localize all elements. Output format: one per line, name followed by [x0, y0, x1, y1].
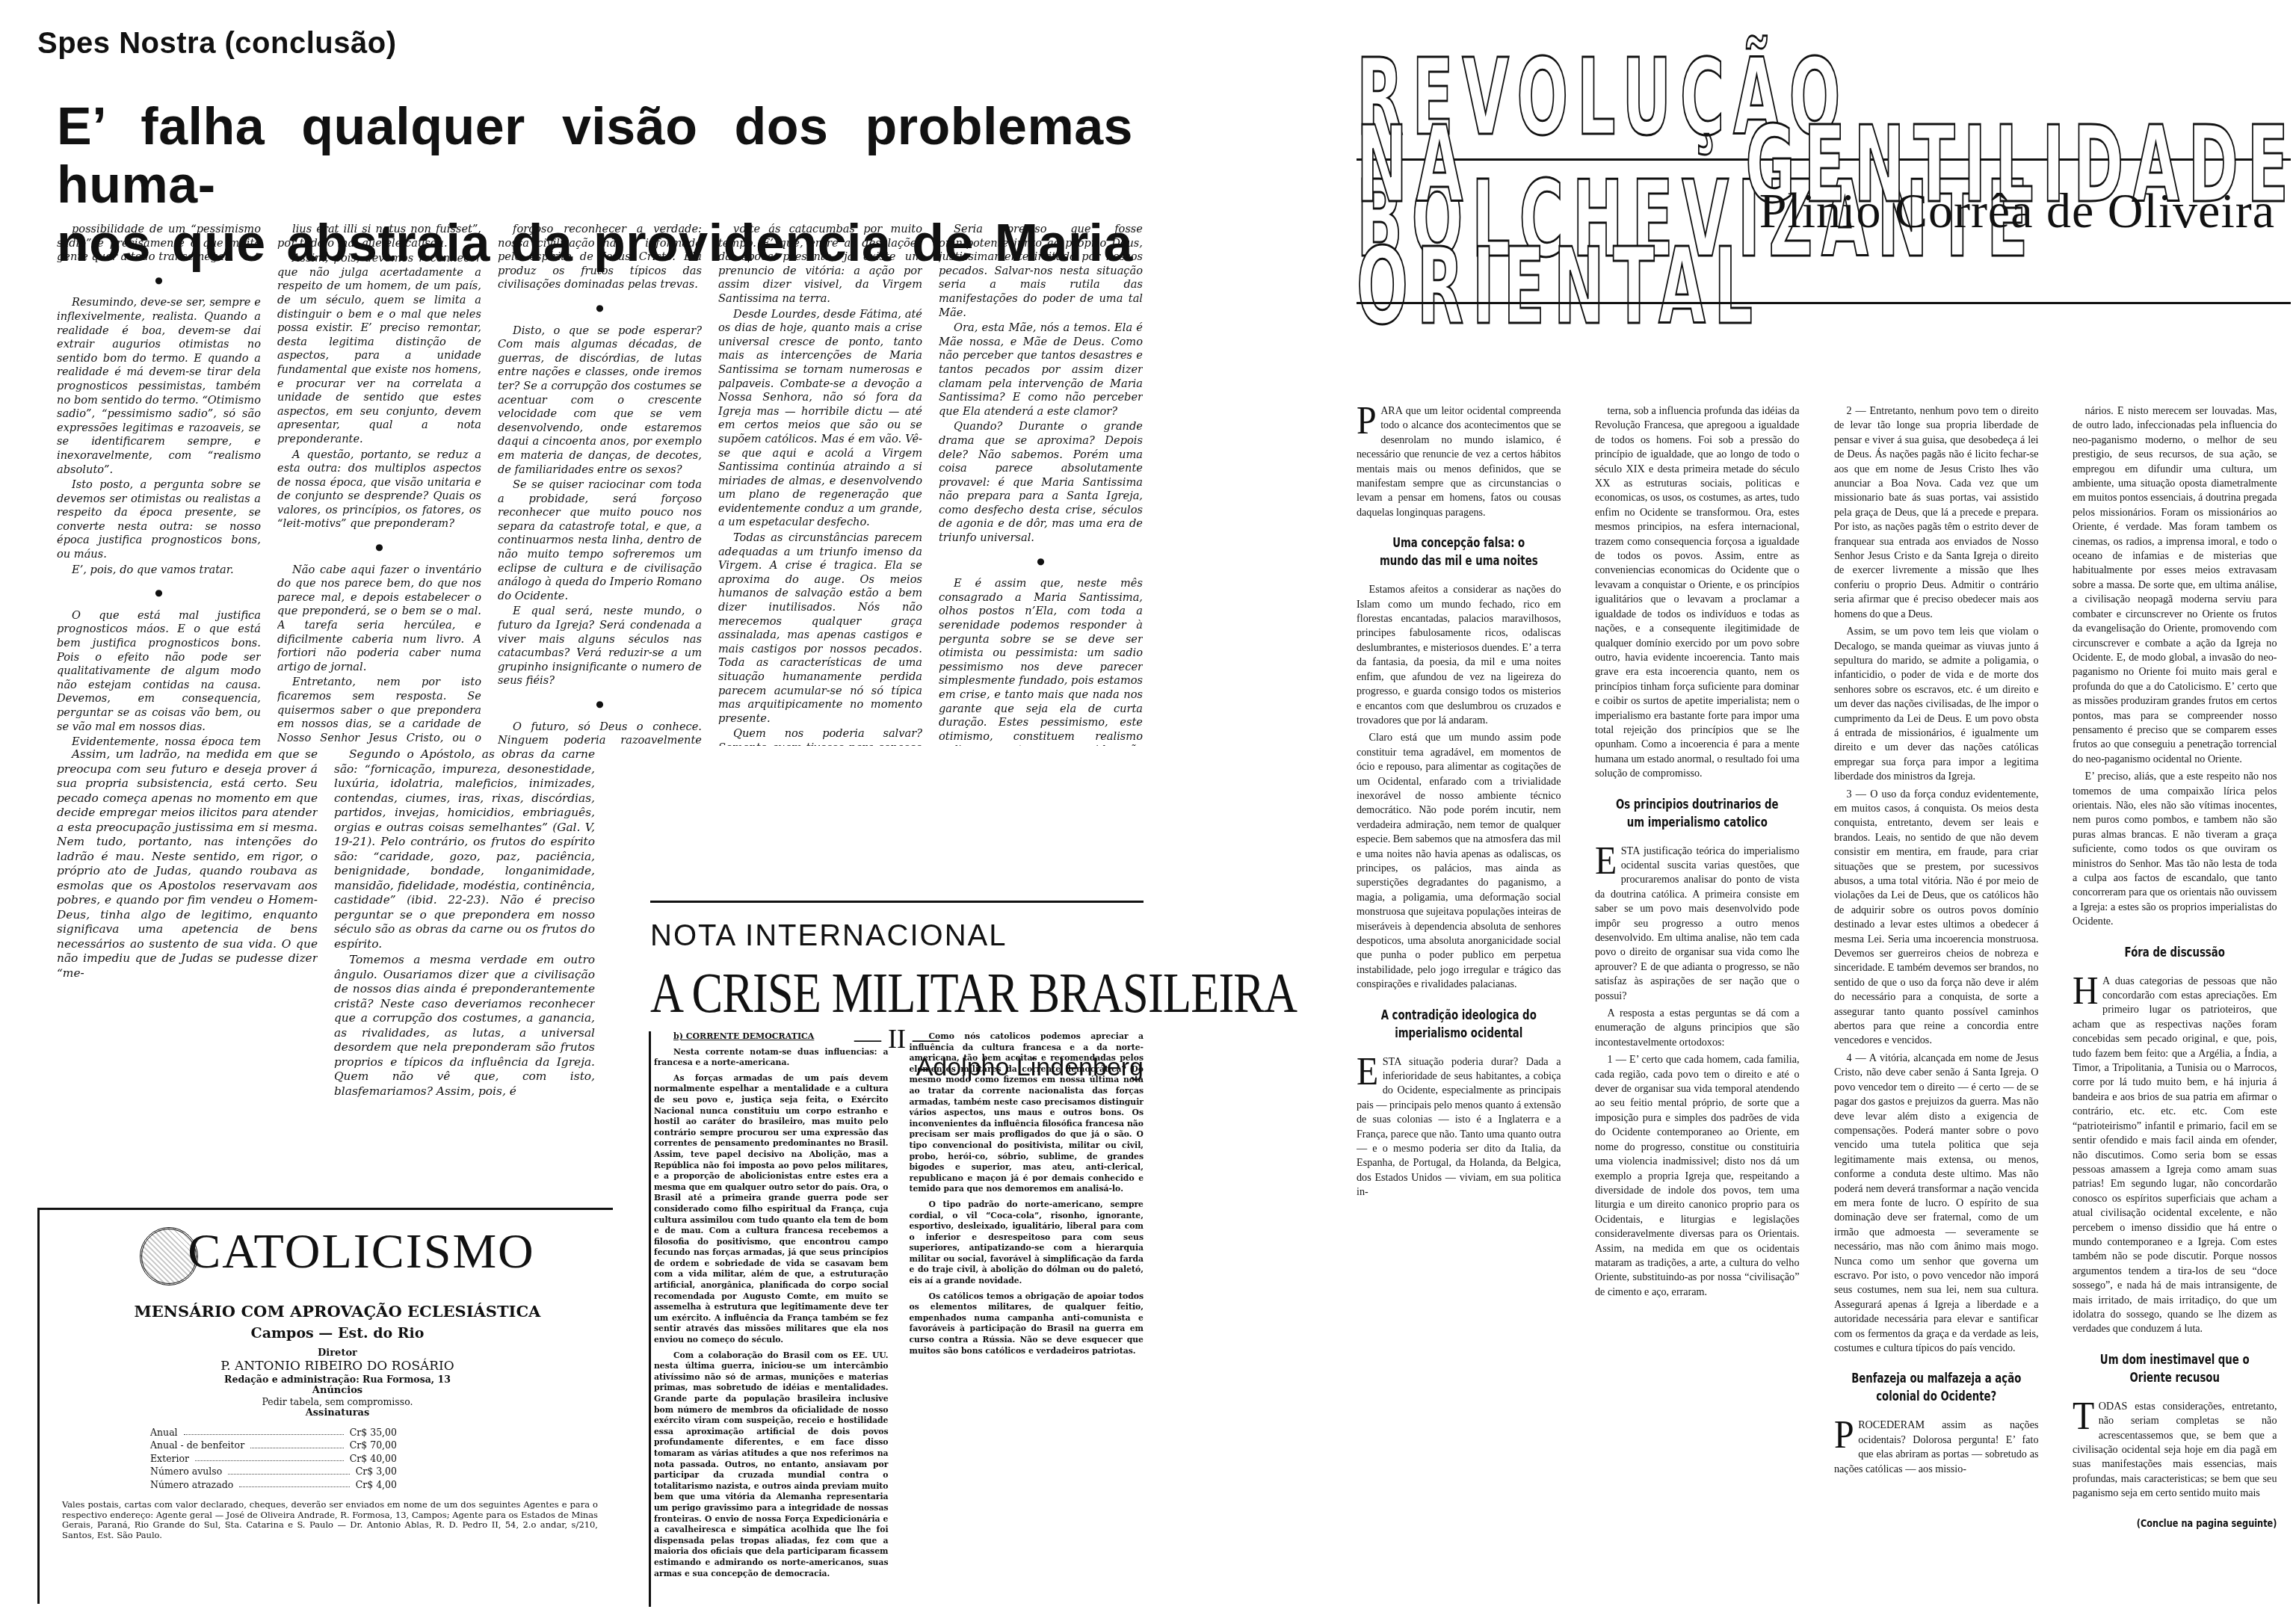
section-heading: Os principios doutrinarios de um imperia… — [1611, 796, 1784, 832]
paragraph: 3 — O uso da força conduz evidentemente,… — [1834, 787, 2038, 1048]
price-label: Anual - de benfeitor — [150, 1439, 244, 1452]
subheading: b) CORRENTE DEMOCRATICA — [654, 1031, 889, 1043]
article-column-5: Seria preciso que fosse omnipotente junt… — [939, 223, 1143, 746]
paragraph: STA justificação teórica do imperialismo… — [1595, 845, 1799, 1002]
paragraph: ROCEDERAM assim as nações ocidentais? Do… — [1834, 1418, 2038, 1475]
paragraph: nários. E nisto merecem ser louvadas. Ma… — [2073, 404, 2277, 766]
masthead-subtitle: MENSÁRIO COM APROVAÇÃO ECLESIÁSTICA — [62, 1302, 613, 1321]
paragraph: Os católicos temos a obrigação de apoiar… — [910, 1291, 1144, 1357]
section-heading: Benfazeja ou malfazeja a ação colonial d… — [1849, 1370, 2022, 1406]
paragraph: STA situação poderia durar? Dada a infer… — [1357, 1055, 1561, 1199]
right-column-3: 2 — Entretanto, nenhum povo tem o direit… — [1834, 404, 2038, 1599]
paragraph: Ora, esta Mãe, nós a temos. Ela é Mãe no… — [939, 321, 1143, 419]
nota-title: A CRISE MILITAR BRASILEIRA — [650, 963, 1055, 1023]
paragraph: Seria preciso que fosse omnipotente junt… — [939, 223, 1143, 320]
paragraph: 1 — E’ certo que cada homem, cada famili… — [1595, 1052, 1799, 1299]
title-rule — [1357, 302, 2291, 304]
paragraph: forçoso reconhecer a verdade: nossa civi… — [498, 223, 702, 292]
paragraph: Assim, pois, devemos reconhecer que não … — [277, 252, 481, 446]
paragraph: possibilidade de um “pessimismo sadio” é… — [57, 223, 261, 265]
paragraph: 4 — A vitória, alcançada em nome de Jesu… — [1834, 1051, 2038, 1356]
paragraph: volte ás catacumbas por muito tempo. E’ … — [718, 223, 922, 306]
article-author: Plinio Corrêa de Oliveira — [1759, 183, 2275, 240]
spes-nostra-lower-columns: Assim, um ladrão, na medida em que se pr… — [57, 747, 595, 1203]
paragraph: O que está mal justifica prognosticos má… — [57, 609, 261, 734]
price-row: Anual - de benfeitorCr$ 70,00 — [150, 1439, 397, 1452]
article-column-6: Assim, um ladrão, na medida em que se pr… — [57, 747, 318, 1203]
price-row: Número avulsoCr$ 3,00 — [150, 1465, 397, 1478]
right-page: REVOLUÇÃO BOLCHEVIZANTE NA GENTILIDADE O… — [1155, 0, 2296, 1624]
catolicismo-logo: CATOLICISMO — [62, 1223, 613, 1285]
paragraph: Estamos afeitos a considerar as nações d… — [1357, 582, 1561, 727]
paragraph: Assim, se um povo tem leis que violam o … — [1834, 624, 2038, 783]
headline-line-1: E’ falha qualquer visão dos problemas hu… — [57, 97, 1133, 214]
subscription-price-table: AnualCr$ 35,00 Anual - de benfeitorCr$ 7… — [150, 1426, 397, 1492]
left-page: Spes Nostra (conclusão) E’ falha qualque… — [0, 0, 1144, 1624]
drop-cap: P — [1834, 1419, 1854, 1452]
director-label: Diretor — [62, 1347, 613, 1359]
paragraph: Tomemos a mesma verdade em outro ângulo.… — [334, 953, 595, 1099]
address: Redação e administração: Rua Formosa, 13 — [62, 1374, 613, 1385]
ornament-icon: ● — [939, 555, 1143, 569]
price-row: AnualCr$ 35,00 — [150, 1426, 397, 1439]
spes-nostra-columns: possibilidade de um “pessimismo sadio” é… — [57, 223, 1144, 746]
drop-cap: E — [1357, 1056, 1378, 1089]
paragraph: Quem nos poderia salvar? Somente quem ti… — [718, 727, 922, 746]
paragraph: Segundo o Apóstolo, as obras da carne sã… — [334, 747, 595, 951]
ads-note: Pedir tabela, sem compromisso. — [62, 1396, 613, 1407]
price-label: Número atrazado — [150, 1478, 233, 1492]
intro-paragraph: ARA que um leitor ocidental compreenda t… — [1357, 404, 1561, 519]
article-column-1: possibilidade de um “pessimismo sadio” é… — [57, 223, 261, 746]
article-column-4: volte ás catacumbas por muito tempo. E’ … — [718, 223, 922, 746]
paragraph: 2 — Entretanto, nenhum povo tem o direit… — [1834, 404, 2038, 621]
paragraph: terna, sob a influencia profunda das idé… — [1595, 404, 1799, 781]
drop-cap: H — [2073, 975, 2099, 1008]
paragraph: Resumindo, deve-se ser, sempre e inflexi… — [57, 296, 261, 477]
right-column-1: PARA que um leitor ocidental compreenda … — [1357, 404, 1561, 1599]
paragraph: Nesta corrente notam-se duas influencias… — [654, 1047, 889, 1069]
price-value: Cr$ 3,00 — [356, 1465, 397, 1478]
section-kicker: Spes Nostra (conclusão) — [37, 27, 397, 61]
paragraph: E qual será, neste mundo, o futuro da Ig… — [498, 605, 702, 688]
nota-label: NOTA INTERNACIONAL — [650, 919, 1144, 953]
ornament-icon: ● — [277, 540, 481, 555]
paragraph: ODAS estas considerações, entretanto, nã… — [2073, 1400, 2277, 1499]
logo-text: ATOLICISMO — [222, 1224, 534, 1279]
paragraph: Desde Lourdes, desde Fátima, até os dias… — [718, 308, 922, 531]
paragraph: A duas categorias de pessoas que não con… — [2073, 975, 2277, 1336]
payment-instructions: Vales postais, cartas com valor declarad… — [62, 1500, 613, 1540]
price-label: Número avulso — [150, 1465, 222, 1478]
paragraph: A resposta a estas perguntas se dá com a… — [1595, 1006, 1799, 1049]
paragraph: Quando? Durante o grande drama que se ap… — [939, 420, 1143, 545]
military-crisis-columns: b) CORRENTE DEMOCRATICA Nesta corrente n… — [654, 1031, 1144, 1599]
paragraph: Não cabe aqui fazer o inventário do que … — [277, 564, 481, 675]
section-heading: Uma concepção falsa: o mundo das mil e u… — [1372, 534, 1546, 570]
paragraph: O tipo padrão do norte-americano, sempre… — [910, 1200, 1144, 1287]
logo-initial: C — [188, 1224, 222, 1279]
paragraph: Assim, um ladrão, na medida em que se pr… — [57, 747, 318, 981]
revolucao-columns: PARA que um leitor ocidental compreenda … — [1357, 404, 2295, 1599]
military-column-2: Como nós catolicos podemos apreciar a in… — [910, 1031, 1144, 1599]
ornament-icon: ● — [498, 697, 702, 711]
paragraph: lius erat illi si natus non fuisset”, po… — [277, 223, 481, 250]
director-name: P. ANTONIO RIBEIRO DO ROSÁRIO — [62, 1359, 613, 1374]
price-value: Cr$ 4,00 — [356, 1478, 397, 1492]
right-column-4: nários. E nisto merecem ser louvadas. Ma… — [2073, 404, 2277, 1599]
right-column-2: terna, sob a influencia profunda das idé… — [1595, 404, 1799, 1599]
paragraph: Como nós catolicos podemos apreciar a in… — [910, 1031, 1144, 1195]
price-value: Cr$ 70,00 — [350, 1439, 397, 1452]
article-column-2: lius erat illi si natus non fuisset”, po… — [277, 223, 481, 746]
section-divider — [650, 901, 1144, 903]
drop-cap: T — [2073, 1401, 2094, 1433]
article-column-3: forçoso reconhecer a verdade: nossa civi… — [498, 223, 702, 746]
paragraph: Com a colaboração do Brasil com os EE. U… — [654, 1350, 889, 1579]
price-label: Anual — [150, 1426, 178, 1439]
paragraph: Claro está que um mundo assim pode const… — [1357, 730, 1561, 991]
ornament-icon: ● — [57, 274, 261, 288]
paragraph: Se se quiser raciocinar com toda a probi… — [498, 478, 702, 603]
price-value: Cr$ 40,00 — [350, 1452, 397, 1466]
paragraph: Isto posto, a pergunta sobre se devemos … — [57, 478, 261, 562]
price-row: ExteriorCr$ 40,00 — [150, 1452, 397, 1466]
price-value: Cr$ 35,00 — [350, 1426, 397, 1439]
price-row: Número atrazadoCr$ 4,00 — [150, 1478, 397, 1492]
paragraph: O futuro, só Deus o conhece. Ninguem pod… — [498, 720, 702, 746]
ornament-icon: ● — [57, 586, 261, 600]
paragraph: Disto, o que se pode esperar? Com mais a… — [498, 324, 702, 478]
military-column-1: b) CORRENTE DEMOCRATICA Nesta corrente n… — [654, 1031, 889, 1599]
subscriptions-label: Assinaturas — [62, 1407, 613, 1418]
paragraph: E’ preciso, aliás, que a este respeito n… — [2073, 769, 2277, 928]
section-heading: A contradição ideologica do imperialismo… — [1372, 1007, 1546, 1043]
continued-notice: (Conclue na pagina seguinte) — [2103, 1517, 2277, 1531]
paragraph: E é assim que, neste mês consagrado a Ma… — [939, 577, 1143, 746]
paragraph: As forças armadas de um país devem norma… — [654, 1073, 889, 1346]
column-rule — [649, 1031, 651, 1607]
ads-label: Anúncios — [62, 1385, 613, 1396]
article-column-7: Segundo o Apóstolo, as obras da carne sã… — [334, 747, 595, 1203]
price-label: Exterior — [150, 1452, 189, 1466]
catolicismo-masthead-box: CATOLICISMO MENSÁRIO COM APROVAÇÃO ECLES… — [37, 1208, 613, 1604]
section-heading: Fóra de discussão — [2087, 944, 2261, 962]
paragraph: E’, pois, do que vamos tratar. — [57, 564, 261, 578]
paragraph: Entretanto, nem por isto ficaremos sem r… — [277, 676, 481, 746]
section-heading: Um dom inestimavel que o Oriente recusou — [2087, 1351, 2261, 1387]
paragraph: Evidentemente, nossa época tem aspectos … — [57, 735, 261, 746]
drop-cap: E — [1595, 845, 1617, 878]
paragraph: A questão, portanto, se reduz a esta out… — [277, 448, 481, 532]
ornament-icon: ● — [498, 301, 702, 315]
drop-cap: P — [1357, 405, 1377, 438]
paragraph: Todas as circunstâncias parecem adequada… — [718, 531, 922, 726]
masthead-location: Campos — Est. do Rio — [62, 1325, 613, 1342]
